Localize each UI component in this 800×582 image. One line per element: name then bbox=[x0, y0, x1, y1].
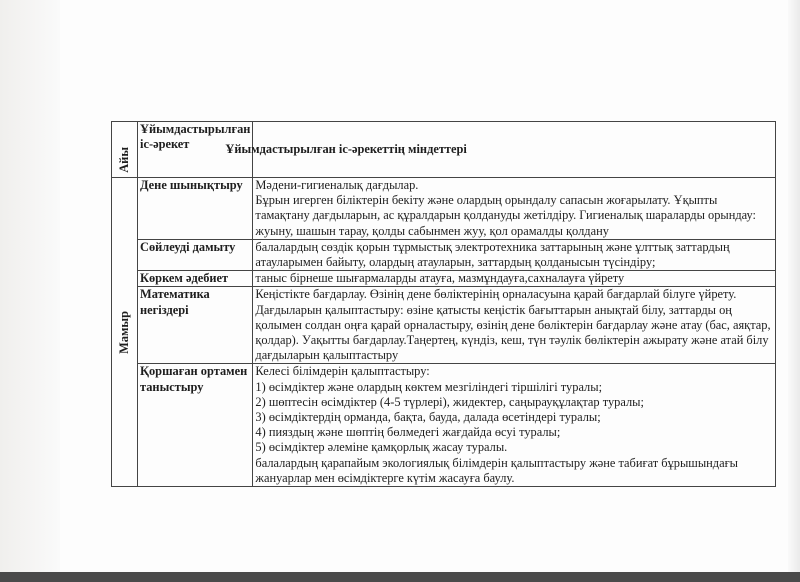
header-month: Айы bbox=[112, 122, 138, 178]
table-row: Көркем әдебиет таныс бірнеше шығармалард… bbox=[112, 271, 776, 287]
activity-cell: Қоршаған ортамен таныстыру bbox=[138, 364, 253, 487]
table-row: Қоршаған ортамен таныстыру Келесі білімд… bbox=[112, 364, 776, 487]
scanner-bottom-edge bbox=[0, 572, 800, 582]
table-row: Сөйлеуді дамыту балалардың сөздік қорын … bbox=[112, 239, 776, 270]
scan-edge-shadow bbox=[0, 0, 60, 572]
tasks-cell: Мәдени-гигиеналық дағдылар. Бұрын игерге… bbox=[253, 178, 776, 240]
activity-cell: Сөйлеуді дамыту bbox=[138, 239, 253, 270]
tasks-cell: балалардың сөздік қорын тұрмыстық электр… bbox=[253, 239, 776, 270]
header-tasks: Ұйымдастырылған іс-әрекеттің міндеттері bbox=[253, 122, 776, 178]
month-cell: Мамыр bbox=[112, 178, 138, 487]
table-row: Математика негіздері Кеңістікте бағдарла… bbox=[112, 287, 776, 364]
activity-cell: Көркем әдебиет bbox=[138, 271, 253, 287]
tasks-cell: Келесі білімдерін қалыптастыру: 1) өсімд… bbox=[253, 364, 776, 487]
activity-cell: Математика негіздері bbox=[138, 287, 253, 364]
table-header-row: Айы Ұйымдастырылған іс-әрекет Ұйымдастыр… bbox=[112, 122, 776, 178]
activity-plan-table: Айы Ұйымдастырылған іс-әрекет Ұйымдастыр… bbox=[111, 121, 776, 487]
tasks-cell: Кеңістікте бағдарлау. Өзінің дене бөлікт… bbox=[253, 287, 776, 364]
tasks-cell: таныс бірнеше шығармаларды атауға, мазмұ… bbox=[253, 271, 776, 287]
table-row: Мамыр Дене шынықтыру Мәдени-гигиеналық д… bbox=[112, 178, 776, 240]
activity-cell: Дене шынықтыру bbox=[138, 178, 253, 240]
scan-right-shadow bbox=[788, 0, 800, 572]
